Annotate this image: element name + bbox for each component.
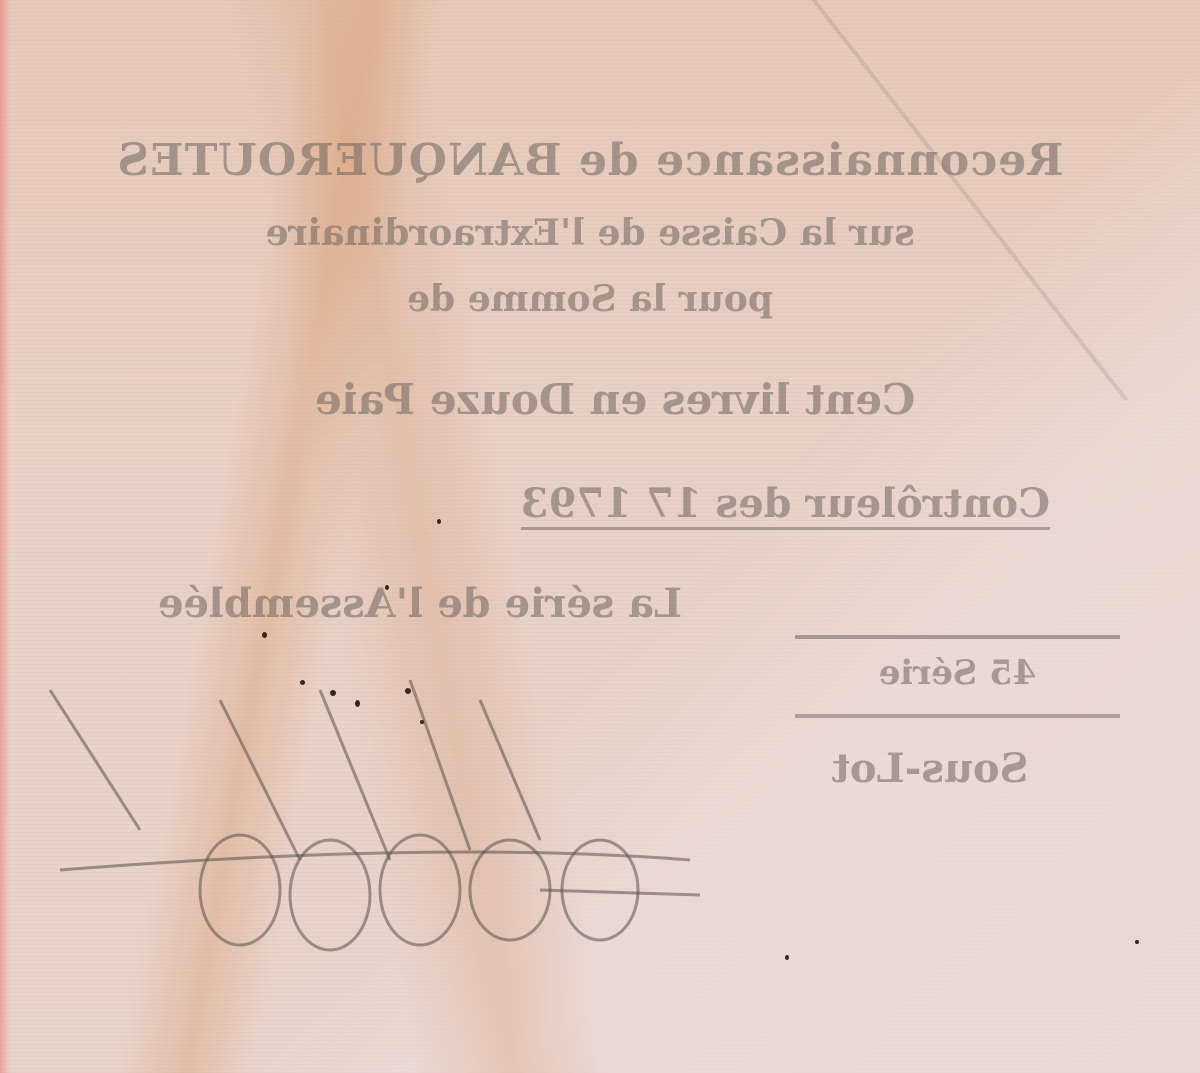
date-line-text: Contrôleur des 17 1793: [521, 480, 1050, 530]
series-line: La série de l'Assemblée: [120, 580, 720, 627]
heading-line-2: sur la Caisse de l'Extraordinaire: [190, 212, 990, 254]
heading-line-1: Reconnaissance de BANQUEROUTES: [60, 135, 1120, 186]
ink-speck: [405, 688, 411, 694]
signature-flourish-icon: [40, 660, 840, 960]
amount-line: Cent livres en Douze Paie: [190, 375, 1040, 424]
ink-speck: [300, 680, 305, 685]
sub-label: Sous-Lot: [830, 745, 1030, 792]
series-box-label: 45 Série: [795, 653, 1120, 693]
ink-speck: [385, 585, 389, 590]
ink-speck: [355, 700, 360, 707]
heading-line-3: pour la Somme de: [300, 278, 880, 320]
ink-speck: [437, 519, 441, 524]
date-line: Contrôleur des 17 1793: [50, 480, 1050, 527]
ink-speck: [420, 720, 424, 724]
series-box: 45 Série: [795, 635, 1120, 718]
ink-speck: [330, 690, 336, 696]
ink-speck: [262, 632, 267, 638]
paper-edge: [0, 0, 10, 1073]
ink-speck: [785, 955, 789, 960]
ink-speck: [1135, 940, 1139, 944]
